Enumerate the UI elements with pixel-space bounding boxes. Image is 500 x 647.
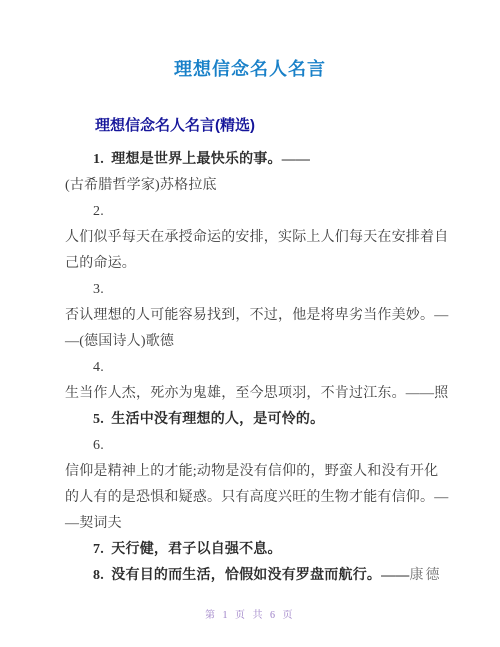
quote-author: 康德 — [410, 568, 442, 583]
page-title: 理想信念名人名言 — [0, 0, 500, 82]
text-line: 人们似乎每天在承授命运的安排，实际上人们每天在安排着自 — [65, 225, 442, 251]
text-line: 4. — [65, 355, 442, 381]
text-line: 3. — [65, 277, 442, 303]
text-line: 8. 没有目的而生活，恰假如没有罗盘而航行。——康德 — [65, 563, 442, 589]
text-line: 己的命运。 — [65, 251, 442, 277]
text-line: 2. — [65, 199, 442, 225]
text-line: 信仰是精神上的才能;动物是没有信仰的，野蛮人和没有开化 — [65, 459, 442, 485]
text-line: —契词夫 — [65, 511, 442, 537]
text-line: 生当作人杰，死亦为鬼雄，至今思项羽，不肯过江东。——照 — [65, 381, 442, 407]
document-page: 理想信念名人名言 理想信念名人名言(精选) 1. 理想是世界上最快乐的事。——(… — [0, 0, 500, 647]
text-line: 的人有的是恐惧和疑惑。只有高度兴旺的生物才能有信仰。— — [65, 485, 442, 511]
page-footer: 第 1 页 共 6 页 — [0, 606, 500, 621]
text-line: 7. 天行健，君子以自强不息。 — [65, 537, 442, 563]
document-lines: 1. 理想是世界上最快乐的事。——(古希腊哲学家)苏格拉底2.人们似乎每天在承授… — [65, 147, 442, 589]
text-line: 6. — [65, 433, 442, 459]
text-line: 5. 生活中没有理想的人，是可怜的。 — [65, 407, 442, 433]
section-heading: 理想信念名人名言(精选) — [95, 116, 440, 136]
text-line: 1. 理想是世界上最快乐的事。—— — [65, 147, 442, 173]
text-line: —(德国诗人)歌德 — [65, 329, 442, 355]
text-line: (古希腊哲学家)苏格拉底 — [65, 173, 442, 199]
text-line: 否认理想的人可能容易找到，不过，他是将卑劣当作美妙。— — [65, 303, 442, 329]
quote-text: 8. 没有目的而生活，恰假如没有罗盘而航行。—— — [93, 568, 410, 583]
